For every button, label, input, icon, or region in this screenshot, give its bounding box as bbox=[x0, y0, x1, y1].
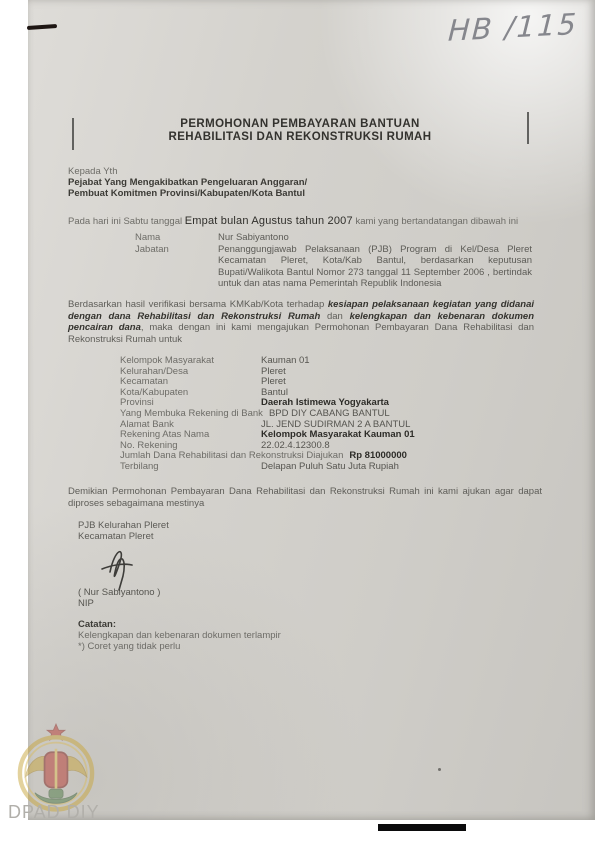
verification-paragraph: Berdasarkan hasil verifikasi bersama KMK… bbox=[68, 299, 534, 345]
details-table: Kelompok MasyarakatKauman 01Kelurahan/De… bbox=[120, 356, 540, 473]
recipient-line-2: Pembuat Komitmen Provinsi/Kabupaten/Kota… bbox=[68, 188, 307, 199]
jabatan-value: Penanggungjawab Pelaksanaan (PJB) Progra… bbox=[218, 244, 532, 290]
title-line-1: PERMOHONAN PEMBAYARAN BANTUAN bbox=[70, 118, 530, 131]
detail-row: Rekening Atas NamaKelompok Masyarakat Ka… bbox=[120, 430, 540, 441]
opening-pre: Pada hari ini Sabtu tanggal bbox=[68, 216, 185, 227]
detail-value: Kauman 01 bbox=[261, 356, 310, 367]
nama-value: Nur Sabiyantono bbox=[218, 232, 532, 244]
verif-part-1: Berdasarkan hasil verifikasi bersama KMK… bbox=[68, 299, 328, 310]
detail-label: Terbilang bbox=[120, 462, 261, 473]
dust-speck bbox=[438, 768, 441, 771]
signatory-nip: NIP bbox=[78, 598, 160, 609]
signatory-name-block: ( Nur Sabiyantono ) NIP bbox=[78, 587, 160, 609]
identity-row-nama: Nama Nur Sabiyantono bbox=[135, 232, 535, 244]
detail-row: TerbilangDelapan Puluh Satu Juta Rupiah bbox=[120, 462, 540, 473]
signatory-name: ( Nur Sabiyantono ) bbox=[78, 587, 160, 598]
detail-label: Kelompok Masyarakat bbox=[120, 356, 261, 367]
detail-row: Kelurahan/DesaPleret bbox=[120, 367, 540, 378]
identity-row-jabatan: Jabatan Penanggungjawab Pelaksanaan (PJB… bbox=[135, 244, 535, 290]
detail-row: Yang Membuka Rekening di BankBPD DIY CAB… bbox=[120, 409, 540, 420]
detail-row: Kelompok MasyarakatKauman 01 bbox=[120, 356, 540, 367]
dpad-diy-watermark: DPAD DIY bbox=[8, 802, 100, 823]
notes-line-1: Kelengkapan dan kebenaran dokumen terlam… bbox=[78, 631, 281, 642]
signatory-line-1: PJB Kelurahan Pleret bbox=[78, 520, 169, 531]
verif-part-2: dan bbox=[320, 311, 349, 322]
nama-label: Nama bbox=[135, 232, 218, 244]
opening-filled-date: Empat bulan Agustus tahun 2007 bbox=[185, 215, 353, 227]
jabatan-label: Jabatan bbox=[135, 244, 218, 290]
detail-value: BPD DIY CABANG BANTUL bbox=[269, 409, 390, 420]
bottom-redaction-bar bbox=[378, 824, 466, 831]
detail-label: Yang Membuka Rekening di Bank bbox=[120, 409, 269, 420]
recipient-line-1: Pejabat Yang Mengakibatkan Pengeluaran A… bbox=[68, 177, 307, 188]
notes-line-2: *) Coret yang tidak perlu bbox=[78, 642, 281, 653]
title-line-2: REHABILITASI DAN REKONSTRUKSI RUMAH bbox=[70, 131, 530, 144]
detail-value: Delapan Puluh Satu Juta Rupiah bbox=[261, 462, 399, 473]
opening-sentence: Pada hari ini Sabtu tanggal Empat bulan … bbox=[68, 216, 538, 227]
opening-post: kami yang bertandatangan dibawah ini bbox=[353, 216, 518, 227]
scanned-page: HB /115 PERMOHONAN PEMBAYARAN BANTUAN RE… bbox=[0, 0, 595, 842]
identity-block: Nama Nur Sabiyantono Jabatan Penanggungj… bbox=[135, 232, 535, 290]
closing-sentence: Demikian Permohonan Pembayaran Dana Reha… bbox=[68, 486, 542, 509]
recipient-block: Kepada Yth Pejabat Yang Mengakibatkan Pe… bbox=[68, 166, 307, 199]
signatory-block: PJB Kelurahan Pleret Kecamatan Pleret bbox=[78, 520, 169, 542]
notes-block: Catatan: Kelengkapan dan kebenaran dokum… bbox=[78, 620, 281, 652]
signature-scribble bbox=[88, 540, 148, 592]
recipient-salutation: Kepada Yth bbox=[68, 166, 307, 177]
document-title: PERMOHONAN PEMBAYARAN BANTUAN REHABILITA… bbox=[70, 118, 530, 144]
